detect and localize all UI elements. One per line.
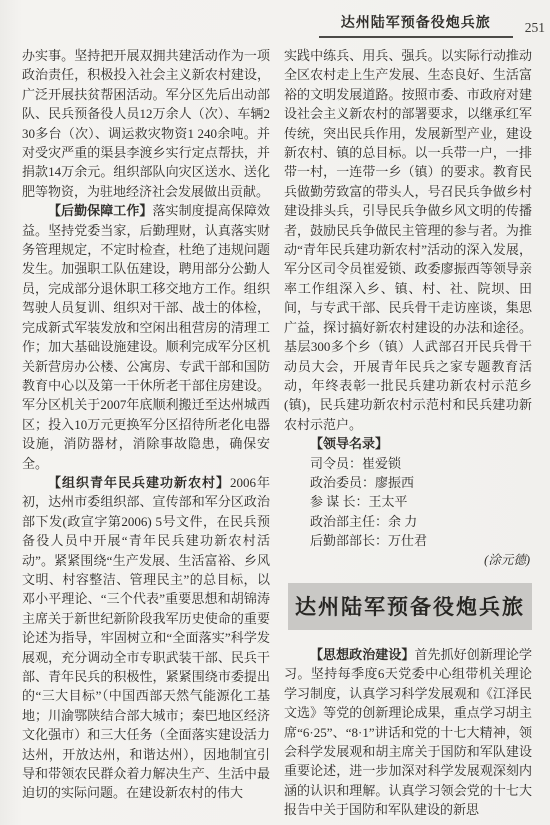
roster-row-logistics-chief: 后勤部部长：万仕君: [284, 531, 532, 550]
roster-role: 政治部主任：: [310, 514, 388, 529]
author-attribution: (涂元德): [284, 551, 532, 570]
entry-logistics-support: 【后勤保障工作】落实制度提高保障效益。坚持党委当家，后勤理财，认真落实财务管理规…: [22, 201, 270, 473]
paragraph-continuation-right: 实践中练兵、用兵、强兵。以实际行动推动全区农村走上生产发展、生态良好、生活富裕的…: [284, 46, 532, 434]
roster-row-commissar: 政治委员：廖振西: [284, 473, 532, 492]
section-title-banner: 达州陆军预备役炮兵旅: [288, 583, 532, 630]
roster-name: 廖振西: [375, 475, 414, 490]
roster-role: 后勤部部长：: [310, 533, 388, 548]
roster-name: 余 力: [388, 514, 417, 529]
entry-label-militia: 【组织青年民兵建功新农村】: [48, 475, 230, 490]
roster-name: 万仕君: [388, 533, 427, 548]
page-number: 251: [525, 20, 545, 38]
entry-text-ideological: 首先抓好创新理论学习。坚持每季度6天党委中心组带机关理论学习制度，认真学习科学发…: [284, 647, 532, 817]
page-header: 达州陆军预备役炮兵旅 251: [319, 12, 545, 38]
roster-row-commander: 司令员：崔爱锁: [284, 454, 532, 473]
roster-role: 政治委员：: [310, 475, 375, 490]
entry-label-logistics: 【后勤保障工作】: [48, 203, 153, 218]
roster-row-political-director: 政治部主任：余 力: [284, 512, 532, 531]
entry-ideological-political: 【思想政治建设】首先抓好创新理论学习。坚持每季度6天党委中心组带机关理论学习制度…: [284, 645, 532, 820]
roster-name: 崔爱锁: [362, 456, 401, 471]
paragraph-continuation-left: 办实事。坚持把开展双拥共建活动作为一项政治责任，积极投入社会主义新农村建设，广泛…: [22, 46, 270, 201]
roster-role: 参 谋 长：: [310, 494, 369, 509]
entry-text-militia: 2006年初，达州市委组织部、宣传部和军分区政治部下发(政宣字第2006) 5号…: [22, 475, 270, 801]
roster-name: 王太平: [369, 494, 408, 509]
roster-role: 司令员：: [310, 456, 362, 471]
roster-heading: 【领导名录】: [284, 434, 532, 453]
running-title: 达州陆军预备役炮兵旅: [319, 12, 513, 38]
entry-militia-new-countryside: 【组织青年民兵建功新农村】2006年初，达州市委组织部、宣传部和军分区政治部下发…: [22, 473, 270, 803]
roster-row-chief-of-staff: 参 谋 长：王太平: [284, 492, 532, 511]
right-column: 实践中练兵、用兵、强兵。以实际行动推动全区农村走上生产发展、生态良好、生活富裕的…: [284, 46, 532, 820]
entry-text-logistics: 落实制度提高保障效益。坚持党委当家，后勤理财，认真落实财务管理规定，不定时检查，…: [22, 203, 270, 470]
left-column: 办实事。坚持把开展双拥共建活动作为一项政治责任，积极投入社会主义新农村建设，广泛…: [22, 46, 270, 803]
yearbook-page: 达州陆军预备役炮兵旅 251 办实事。坚持把开展双拥共建活动作为一项政治责任，积…: [0, 0, 550, 825]
entry-label-ideological: 【思想政治建设】: [310, 647, 415, 662]
